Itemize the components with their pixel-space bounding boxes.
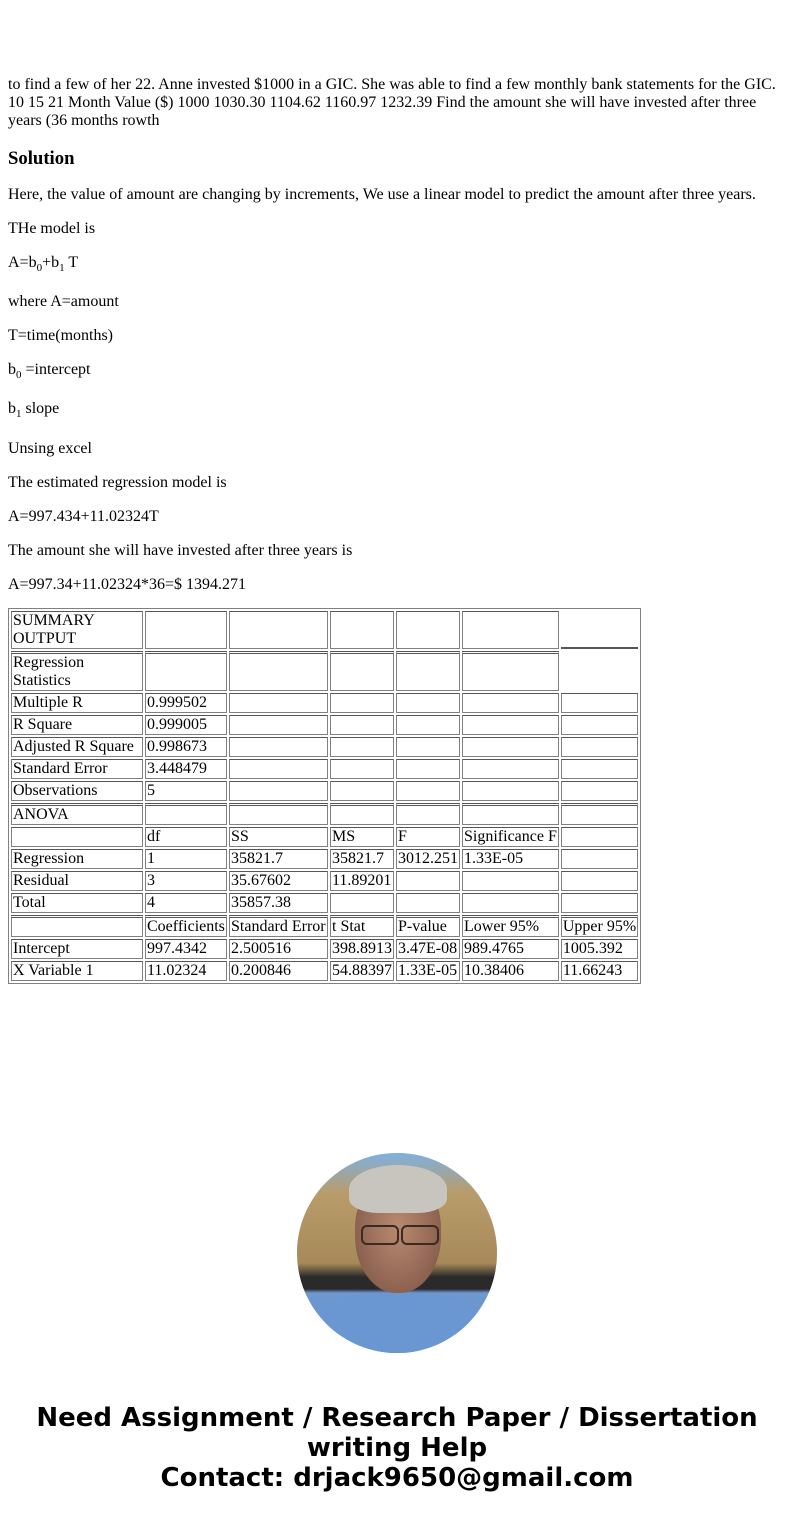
table-cell: ANOVA — [11, 803, 143, 825]
table-cell — [396, 651, 460, 691]
table-cell: 0.200846 — [229, 961, 328, 981]
document-body: to find a few of her 22. Anne invested $… — [0, 0, 794, 984]
regression-statistics-title-row: Regression Statistics — [11, 651, 638, 691]
table-cell — [330, 781, 394, 801]
table-cell: 0.999502 — [145, 693, 227, 713]
regression-stat-row: Multiple R0.999502 — [11, 693, 638, 713]
table-cell — [561, 893, 638, 913]
table-cell: 2.500516 — [229, 939, 328, 959]
table-cell — [145, 803, 227, 825]
table-cell: Adjusted R Square — [11, 737, 143, 757]
table-cell — [229, 715, 328, 735]
table-cell: 997.4342 — [145, 939, 227, 959]
table-cell — [396, 737, 460, 757]
table-cell: df — [145, 827, 227, 847]
table-cell — [561, 781, 638, 801]
table-cell — [330, 737, 394, 757]
coefficients-row: Intercept997.43422.500516398.89133.47E-0… — [11, 939, 638, 959]
amount-label: The amount she will have invested after … — [8, 542, 786, 560]
table-cell — [561, 827, 638, 847]
table-cell — [561, 611, 638, 649]
table-cell — [561, 871, 638, 891]
table-cell — [145, 651, 227, 691]
table-cell: Residual — [11, 871, 143, 891]
table-cell: Coefficients — [145, 915, 227, 937]
table-cell: Upper 95% — [561, 915, 638, 937]
table-cell — [561, 803, 638, 825]
table-cell: 1.33E-05 — [396, 961, 460, 981]
where-definition: where A=amount — [8, 293, 786, 311]
table-cell — [229, 693, 328, 713]
table-cell — [462, 871, 559, 891]
table-cell: 3.47E-08 — [396, 939, 460, 959]
table-cell: Total — [11, 893, 143, 913]
table-cell: Significance F — [462, 827, 559, 847]
table-cell: 35857.38 — [229, 893, 328, 913]
table-cell: P-value — [396, 915, 460, 937]
table-cell — [396, 781, 460, 801]
table-cell — [11, 827, 143, 847]
table-cell: 1005.392 — [561, 939, 638, 959]
regression-stat-row: Standard Error3.448479 — [11, 759, 638, 779]
glasses-icon — [359, 1225, 439, 1243]
table-cell — [11, 915, 143, 937]
slope-definition: b1 slope — [8, 400, 786, 423]
avatar-hair — [349, 1165, 447, 1213]
table-cell — [396, 759, 460, 779]
anova-header-row: dfSSMSFSignificance F — [11, 827, 638, 847]
table-cell — [561, 849, 638, 869]
table-cell — [462, 737, 559, 757]
table-cell: 5 — [145, 781, 227, 801]
table-cell — [330, 693, 394, 713]
table-cell: Standard Error — [229, 915, 328, 937]
estimated-model: A=997.434+11.02324T — [8, 508, 786, 526]
table-cell — [396, 611, 460, 649]
table-cell — [330, 715, 394, 735]
table-cell — [396, 871, 460, 891]
table-cell: R Square — [11, 715, 143, 735]
table-cell — [330, 893, 394, 913]
coefficients-header-row: CoefficientsStandard Errort StatP-valueL… — [11, 915, 638, 937]
intercept-definition: b0 =intercept — [8, 361, 786, 384]
estimated-model-label: The estimated regression model is — [8, 474, 786, 492]
table-cell: 11.89201 — [330, 871, 394, 891]
table-cell — [561, 759, 638, 779]
using-excel: Unsing excel — [8, 440, 786, 458]
table-cell — [396, 715, 460, 735]
table-cell: t Stat — [330, 915, 394, 937]
coefficients-row: X Variable 111.023240.20084654.883971.33… — [11, 961, 638, 981]
model-formula: A=b0+b1 T — [8, 254, 786, 277]
table-cell — [229, 759, 328, 779]
table-cell: 989.4765 — [462, 939, 559, 959]
anova-row: Regression135821.735821.73012.2511.33E-0… — [11, 849, 638, 869]
table-cell: Lower 95% — [462, 915, 559, 937]
table-cell — [229, 611, 328, 649]
table-cell: X Variable 1 — [11, 961, 143, 981]
table-cell — [462, 893, 559, 913]
table-cell: 1 — [145, 849, 227, 869]
anova-title-row: ANOVA — [11, 803, 638, 825]
table-cell — [462, 651, 559, 691]
table-cell — [396, 803, 460, 825]
table-cell: 54.88397 — [330, 961, 394, 981]
table-cell — [229, 737, 328, 757]
table-cell — [462, 759, 559, 779]
table-cell — [229, 803, 328, 825]
table-cell — [229, 781, 328, 801]
table-cell: 398.8913 — [330, 939, 394, 959]
table-cell: Standard Error — [11, 759, 143, 779]
author-avatar — [297, 1153, 497, 1353]
table-cell: 35821.7 — [330, 849, 394, 869]
table-cell: 3 — [145, 871, 227, 891]
table-cell: 3.448479 — [145, 759, 227, 779]
solution-intro: Here, the value of amount are changing b… — [8, 186, 786, 204]
anova-row: Total435857.38 — [11, 893, 638, 913]
question-text: to find a few of her 22. Anne invested $… — [8, 76, 786, 130]
table-cell — [561, 715, 638, 735]
promo-line-1: Need Assignment / Research Paper / Disse… — [0, 1403, 794, 1463]
table-cell — [462, 781, 559, 801]
summary-title-row: SUMMARY OUTPUT — [11, 611, 638, 649]
table-cell — [330, 803, 394, 825]
amount-calculation: A=997.34+11.02324*36=$ 1394.271 — [8, 576, 786, 594]
table-cell: Regression — [11, 849, 143, 869]
regression-stat-row: Adjusted R Square0.998673 — [11, 737, 638, 757]
table-cell — [462, 693, 559, 713]
table-cell: 35821.7 — [229, 849, 328, 869]
table-cell — [229, 651, 328, 691]
regression-stat-row: Observations5 — [11, 781, 638, 801]
table-cell: SUMMARY OUTPUT — [11, 611, 143, 649]
table-cell: 11.66243 — [561, 961, 638, 981]
table-cell — [396, 893, 460, 913]
table-cell: 35.67602 — [229, 871, 328, 891]
table-cell: Regression Statistics — [11, 651, 143, 691]
table-cell — [561, 693, 638, 713]
table-cell: F — [396, 827, 460, 847]
table-cell: MS — [330, 827, 394, 847]
table-cell: Intercept — [11, 939, 143, 959]
regression-summary-table: SUMMARY OUTPUTRegression StatisticsMulti… — [8, 608, 641, 984]
table-cell — [330, 611, 394, 649]
table-cell — [330, 651, 394, 691]
table-cell — [561, 737, 638, 757]
table-cell: 4 — [145, 893, 227, 913]
table-cell — [330, 759, 394, 779]
table-cell: SS — [229, 827, 328, 847]
table-cell: 0.998673 — [145, 737, 227, 757]
model-label: THe model is — [8, 220, 786, 238]
anova-row: Residual335.6760211.89201 — [11, 871, 638, 891]
regression-stat-row: R Square0.999005 — [11, 715, 638, 735]
table-cell — [396, 693, 460, 713]
table-cell: 11.02324 — [145, 961, 227, 981]
table-cell — [145, 611, 227, 649]
promo-banner: Need Assignment / Research Paper / Disse… — [0, 1403, 794, 1493]
time-definition: T=time(months) — [8, 327, 786, 345]
table-cell — [561, 651, 638, 691]
table-cell: Multiple R — [11, 693, 143, 713]
table-cell — [462, 611, 559, 649]
table-cell — [462, 803, 559, 825]
table-cell: 1.33E-05 — [462, 849, 559, 869]
table-cell: Observations — [11, 781, 143, 801]
table-cell: 10.38406 — [462, 961, 559, 981]
table-cell: 0.999005 — [145, 715, 227, 735]
table-cell — [462, 715, 559, 735]
promo-contact: Contact: drjack9650@gmail.com — [0, 1463, 794, 1493]
avatar-shirt — [307, 1293, 487, 1353]
solution-heading: Solution — [8, 148, 786, 170]
table-cell: 3012.251 — [396, 849, 460, 869]
